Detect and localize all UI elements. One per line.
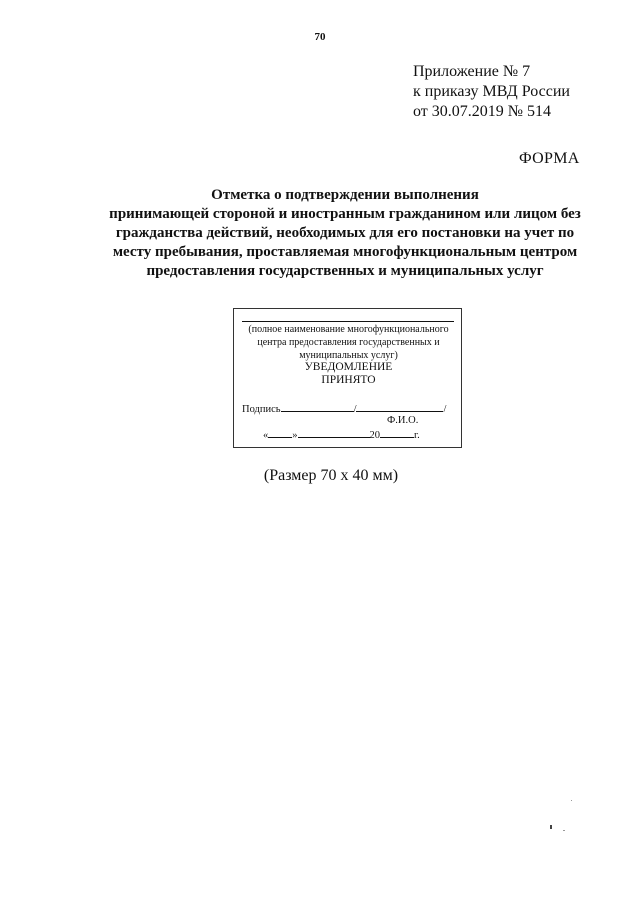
caption-line: центра предоставления государственных и — [234, 336, 463, 349]
document-title: Отметка о подтверждении выполнения прини… — [60, 186, 630, 281]
caption-line: (полное наименование многофункциональног… — [234, 323, 463, 336]
year-blank — [380, 427, 414, 438]
stamp-status: УВЕДОМЛЕНИЕ ПРИНЯТО — [234, 361, 463, 387]
organization-name-line — [242, 321, 454, 322]
status-line-2: ПРИНЯТО — [234, 374, 463, 387]
day-blank — [268, 427, 292, 438]
slash-separator: / — [443, 404, 446, 415]
appendix-order: к приказу МВД России — [413, 82, 570, 102]
title-line: гражданства действий, необходимых для ег… — [60, 224, 630, 243]
form-label: ФОРМА — [519, 150, 580, 168]
date-row: «»20г. — [263, 427, 420, 442]
status-line-1: УВЕДОМЛЕНИЕ — [234, 361, 463, 374]
signature-label: Подпись — [242, 404, 281, 415]
fio-label: Ф.И.О. — [387, 414, 418, 427]
organization-caption: (полное наименование многофункциональног… — [234, 323, 463, 362]
title-line: месту пребывания, проставляемая многофун… — [60, 243, 630, 262]
stamp-form-box: (полное наименование многофункциональног… — [233, 308, 462, 448]
scan-artifact — [571, 800, 572, 801]
title-line: Отметка о подтверждении выполнения — [60, 186, 630, 205]
year-suffix: г. — [414, 430, 420, 441]
scan-artifact — [550, 825, 552, 829]
month-blank — [298, 427, 370, 438]
page-number: 70 — [0, 31, 640, 43]
signature-blank — [281, 401, 354, 412]
scan-artifact — [563, 830, 565, 831]
appendix-date: от 30.07.2019 № 514 — [413, 102, 570, 122]
size-note: (Размер 70 х 40 мм) — [0, 467, 640, 485]
title-line: принимающей стороной и иностранным гражд… — [60, 205, 630, 224]
year-prefix: 20 — [370, 430, 381, 441]
fio-blank — [356, 401, 443, 412]
appendix-reference: Приложение № 7 к приказу МВД России от 3… — [413, 62, 570, 122]
title-line: предоставления государственных и муницип… — [60, 262, 630, 281]
appendix-number: Приложение № 7 — [413, 62, 570, 82]
